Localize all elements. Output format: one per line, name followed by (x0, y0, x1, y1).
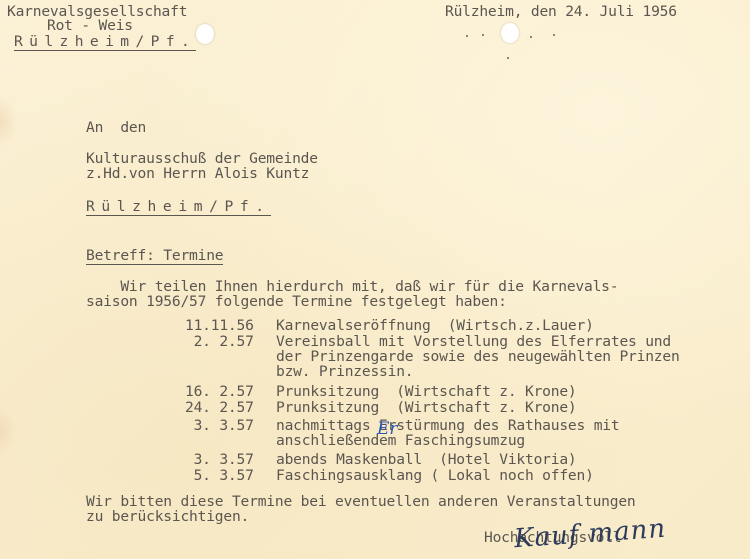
closing-line1: Wir bitten diese Termine bei eventuellen… (86, 494, 636, 509)
recipient-salutation: An den (86, 120, 146, 135)
intro-line1: Wir teilen Ihnen hierdurch mit, daß wir … (86, 279, 618, 294)
closing-line2: zu berücksichtigen. (86, 509, 249, 524)
event-date: 24. 2.57 (185, 400, 254, 415)
event-date: 16. 2.57 (185, 384, 254, 399)
speck (553, 34, 555, 36)
event-description: Vereinsball mit Vorstellung des Elferrat… (276, 334, 671, 349)
letterhead-city: Rülzheim/Pf. (14, 34, 196, 51)
speck (482, 34, 484, 36)
punch-hole (196, 24, 214, 44)
recipient-city: Rülzheim/Pf. (86, 199, 271, 216)
event-description: nachmittags Erstürmung des Rathauses mit (276, 418, 619, 433)
event-date: 3. 3.57 (185, 418, 254, 433)
place-date: Rülzheim, den 24. Juli 1956 (445, 4, 677, 19)
event-date: 5. 3.57 (185, 468, 254, 483)
event-description: Prunksitzung (Wirtschaft z. Krone) (276, 400, 577, 415)
event-description: Faschingsausklang ( Lokal noch offen) (276, 468, 594, 483)
punch-hole (501, 23, 519, 43)
event-date: 2. 2.57 (185, 334, 254, 349)
event-description: Karnevalseröffnung (Wirtsch.z.Lauer) (276, 318, 594, 333)
speck (466, 35, 468, 37)
recipient-line2: z.Hd.von Herrn Alois Kuntz (86, 166, 309, 181)
event-description: abends Maskenball (Hotel Viktoria) (276, 452, 577, 467)
handwritten-correction: Er (377, 419, 398, 439)
event-description: bzw. Prinzessin. (276, 364, 413, 379)
event-date: 11.11.56 (185, 318, 254, 333)
intro-line2: saison 1956/57 folgende Termine festgele… (86, 294, 507, 309)
event-date: 3. 3.57 (185, 452, 254, 467)
speck (530, 36, 532, 38)
recipient-line1: Kulturausschuß der Gemeinde (86, 151, 318, 166)
event-description: der Prinzengarde sowie des neugewählten … (276, 349, 680, 364)
speck (507, 57, 509, 59)
letterhead-subtitle: Rot - Weis (47, 18, 133, 33)
event-description: anschließendem Faschingsumzug (276, 433, 525, 448)
event-description: Prunksitzung (Wirtschaft z. Krone) (276, 384, 577, 399)
subject-line: Betreff: Termine (86, 248, 223, 265)
